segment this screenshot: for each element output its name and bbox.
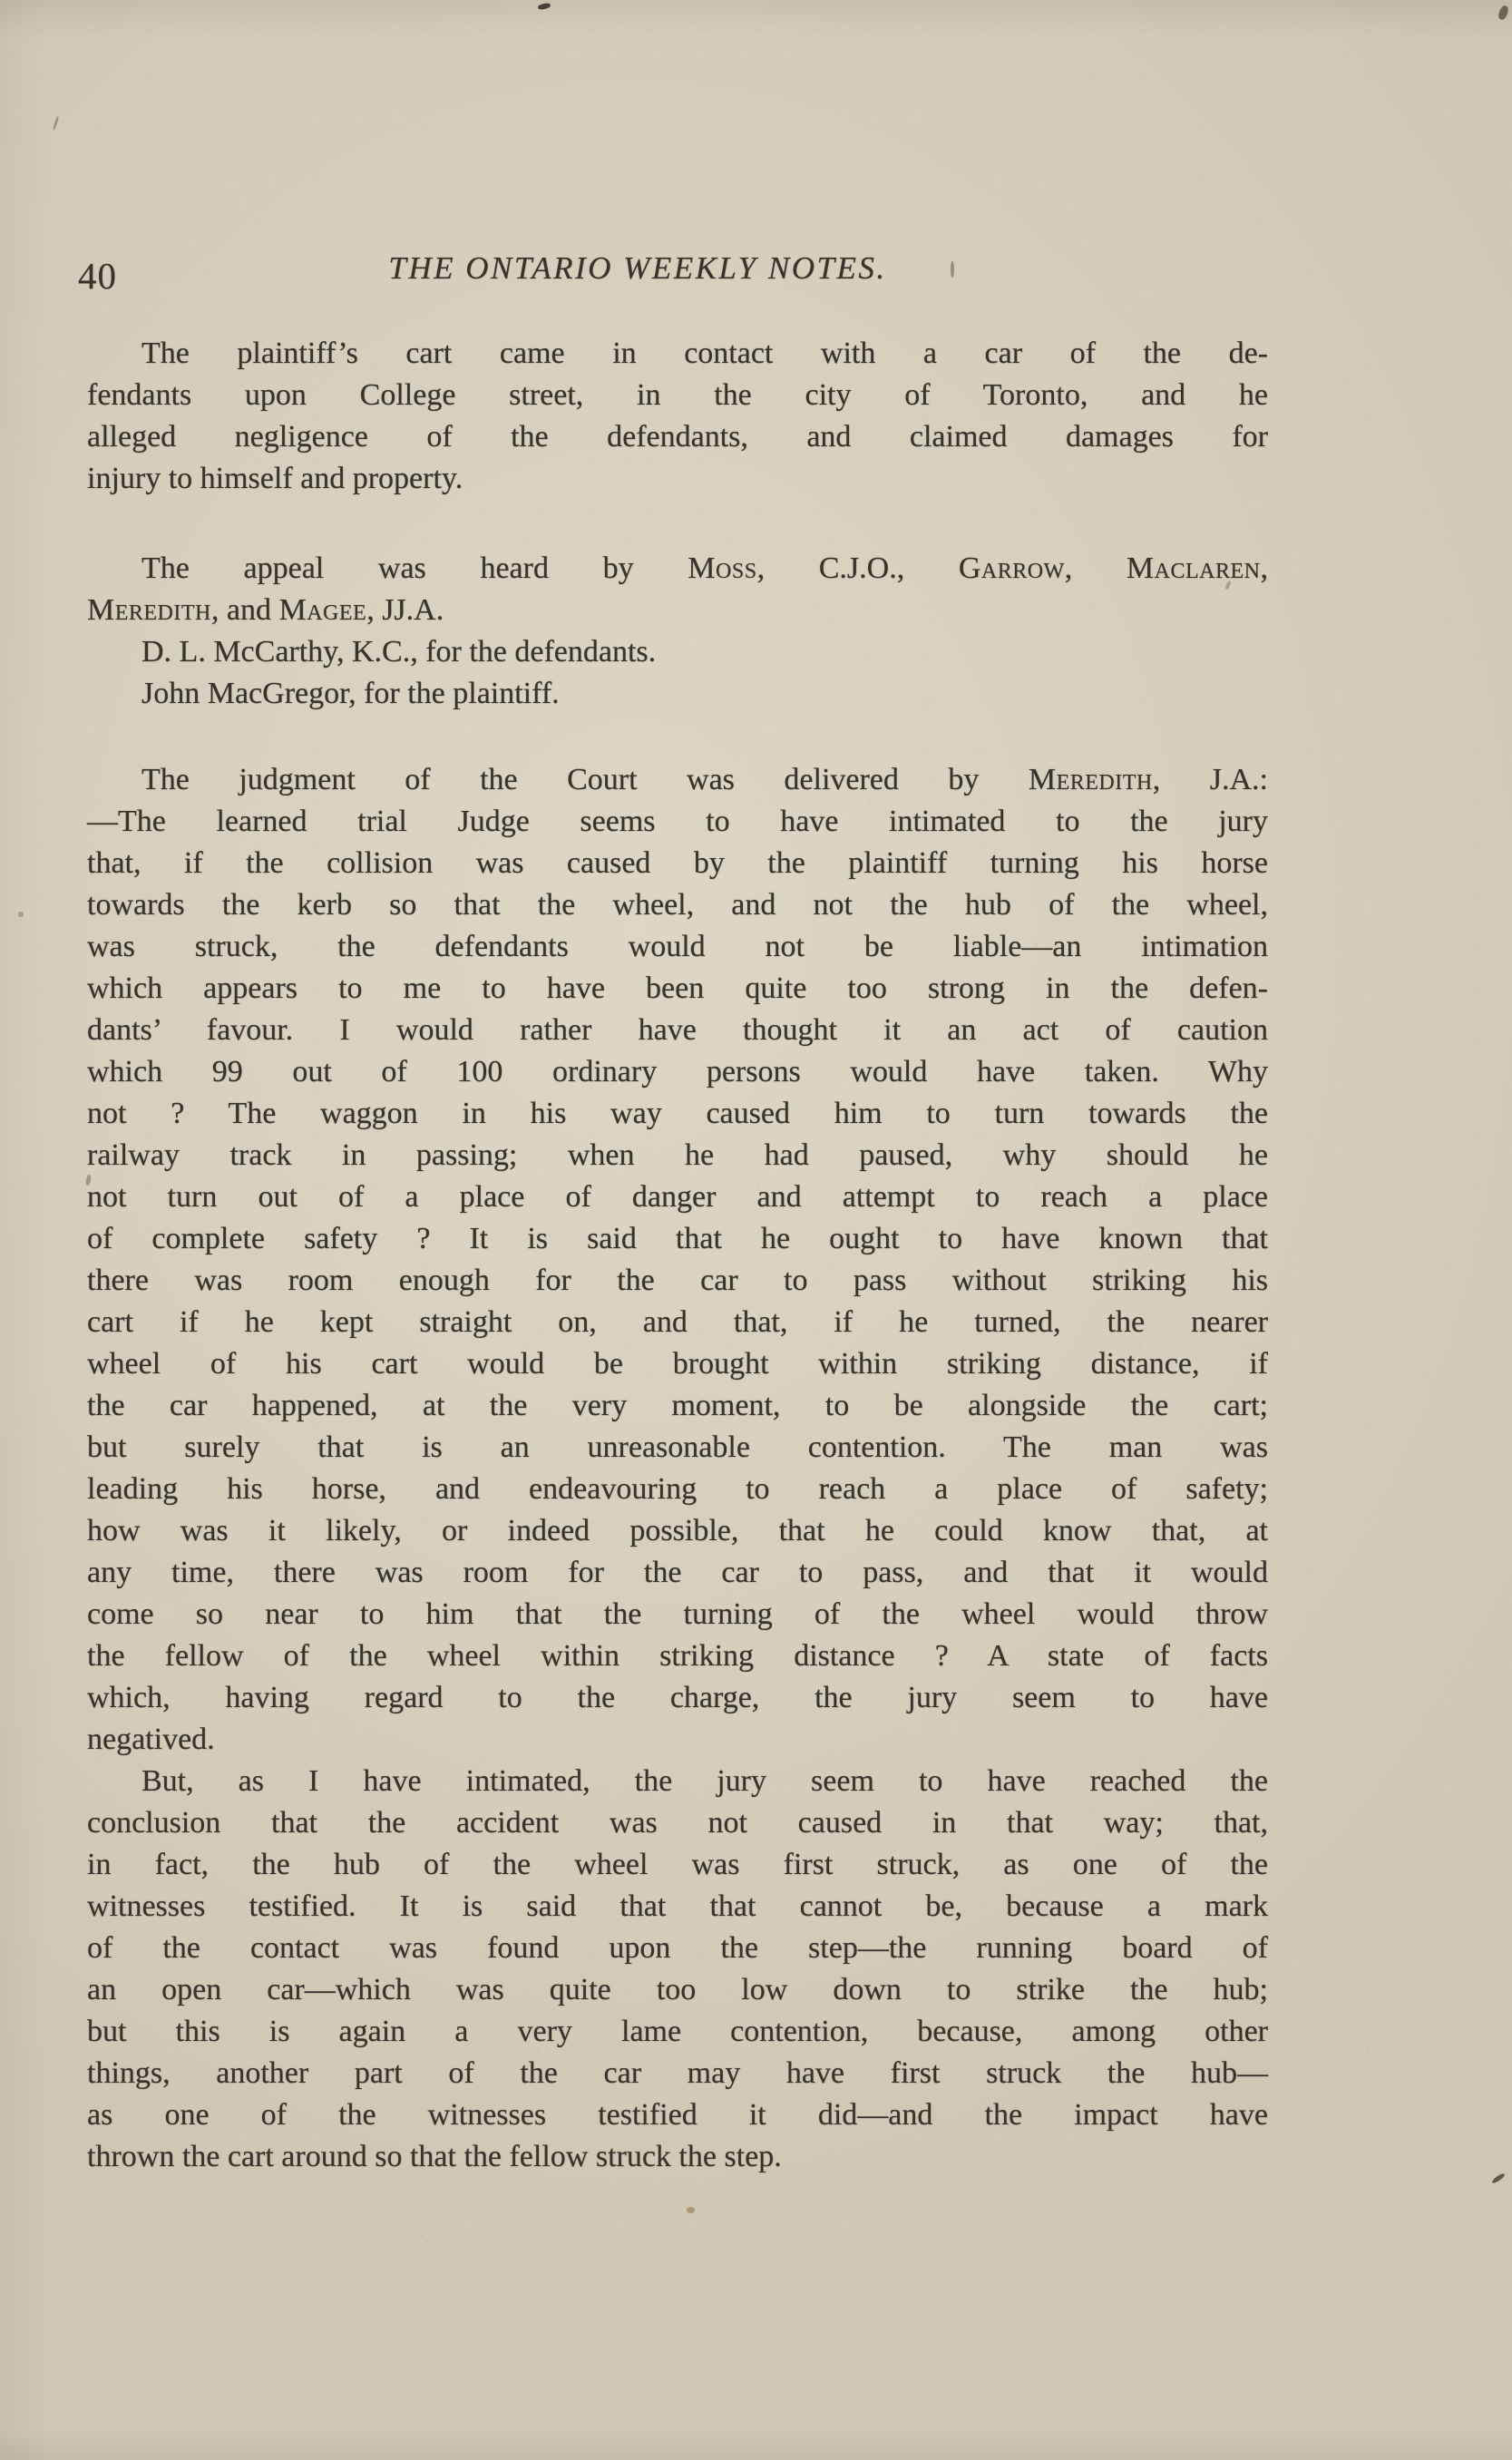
text-line: John MacGregor, for the plaintiff. (87, 673, 1268, 715)
paragraph: D. L. McCarthy, K.C., for the defendants… (87, 631, 1268, 673)
text-segment: John MacGregor, for the plaintiff. (141, 677, 560, 710)
text-segment: negatived. (87, 1723, 215, 1756)
small-caps-name: Meredith (87, 593, 211, 627)
text-segment: witnesses testified. It is said that tha… (87, 1889, 1268, 1923)
text-line: was struck, the defendants would not be … (87, 926, 1268, 968)
text-segment: conclusion that the accident was not cau… (87, 1806, 1268, 1840)
text-line: The plaintiff’s cart came in contact wit… (87, 333, 1268, 375)
text-line: that, if the collision was caused by the… (87, 843, 1268, 884)
text-line: of the contact was found upon the step—t… (87, 1928, 1268, 1969)
text-segment: that, if the collision was caused by the… (87, 846, 1268, 880)
text-line: how was it likely, or indeed possible, t… (87, 1510, 1268, 1552)
text-line: come so near to him that the turning of … (87, 1594, 1268, 1635)
text-line: D. L. McCarthy, K.C., for the defendants… (87, 631, 1268, 673)
text-segment: alleged negligence of the defendants, an… (87, 420, 1268, 454)
paragraph: The plaintiff’s cart came in contact wit… (87, 333, 1268, 500)
text-segment: any time, there was room for the car to … (87, 1556, 1268, 1589)
paper-speck (687, 2207, 695, 2213)
text-line: leading his horse, and endeavouring to r… (87, 1469, 1268, 1510)
text-line: witnesses testified. It is said that tha… (87, 1886, 1268, 1928)
paragraph: The judgment of the Court was delivered … (87, 759, 1268, 1761)
text-line: any time, there was room for the car to … (87, 1552, 1268, 1594)
text-segment: , and (211, 593, 279, 627)
small-caps-name: Magee (278, 593, 366, 627)
text-segment: was struck, the defendants would not be … (87, 930, 1268, 963)
small-caps-name: Moss (688, 552, 756, 585)
paper-speck (53, 116, 60, 131)
text-segment: railway track in passing; when he had pa… (87, 1138, 1268, 1172)
text-segment: —The learned trial Judge seems to have i… (87, 805, 1268, 838)
text-line: the car happened, at the very moment, to… (87, 1385, 1268, 1427)
text-segment: things, another part of the car may have… (87, 2056, 1268, 2090)
text-segment: leading his horse, and endeavouring to r… (87, 1472, 1268, 1506)
paper-speck (1497, 5, 1510, 21)
text-line: in fact, the hub of the wheel was first … (87, 1844, 1268, 1886)
text-line: which appears to me to have been quite t… (87, 968, 1268, 1010)
text-segment: thrown the cart around so that the fello… (87, 2140, 782, 2173)
text-segment: The judgment of the Court was delivered … (141, 763, 1029, 796)
running-title: THE ONTARIO WEEKLY NOTES. (83, 252, 1192, 284)
text-segment: , (1065, 552, 1127, 585)
text-line: The judgment of the Court was delivered … (87, 759, 1268, 801)
paragraph: The appeal was heard by Moss, C.J.O., Ga… (87, 548, 1268, 631)
paragraph: But, as I have intimated, the jury seem … (87, 1761, 1268, 2178)
text-segment: The plaintiff’s cart came in contact wit… (141, 337, 1268, 370)
text-segment: an open car—which was quite too low down… (87, 1973, 1268, 2006)
text-line: the fellow of the wheel within striking … (87, 1635, 1268, 1677)
text-segment: towards the kerb so that the wheel, and … (87, 888, 1268, 922)
text-line: dants’ favour. I would rather have thoug… (87, 1010, 1268, 1051)
text-segment: not turn out of a place of danger and at… (87, 1180, 1268, 1214)
text-segment: , C.J.O., (757, 552, 959, 585)
text-segment: as one of the witnesses testified it did… (87, 2098, 1268, 2132)
text-line: injury to himself and property. (87, 458, 1268, 500)
paragraph: John MacGregor, for the plaintiff. (87, 673, 1268, 715)
text-segment: which appears to me to have been quite t… (87, 971, 1268, 1005)
text-segment: how was it likely, or indeed possible, t… (87, 1514, 1268, 1547)
text-segment: which 99 out of 100 ordinary persons wou… (87, 1055, 1268, 1088)
text-line: as one of the witnesses testified it did… (87, 2094, 1268, 2136)
text-line: an open car—which was quite too low down… (87, 1969, 1268, 2011)
text-line: towards the kerb so that the wheel, and … (87, 884, 1268, 926)
text-segment: of complete safety ? It is said that he … (87, 1222, 1268, 1255)
text-segment: which, having regard to the charge, the … (87, 1681, 1268, 1714)
text-segment: , J.A.: (1153, 763, 1268, 796)
text-segment: The appeal was heard by (141, 552, 688, 585)
text-segment: , (1261, 552, 1269, 585)
page-body: The plaintiff’s cart came in contact wit… (87, 333, 1268, 2178)
text-segment: in fact, the hub of the wheel was first … (87, 1848, 1268, 1881)
text-line: but surely that is an unreasonable conte… (87, 1427, 1268, 1469)
text-line: But, as I have intimated, the jury seem … (87, 1761, 1268, 1802)
text-line: conclusion that the accident was not cau… (87, 1802, 1268, 1844)
paper-speck (1491, 2172, 1506, 2184)
text-segment: the fellow of the wheel within striking … (87, 1639, 1268, 1673)
text-segment: but surely that is an unreasonable conte… (87, 1430, 1268, 1464)
text-line: not turn out of a place of danger and at… (87, 1176, 1268, 1218)
text-segment: of the contact was found upon the step—t… (87, 1931, 1268, 1965)
small-caps-name: Maclaren (1127, 552, 1261, 585)
text-segment: the car happened, at the very moment, to… (87, 1389, 1268, 1422)
text-line: things, another part of the car may have… (87, 2053, 1268, 2094)
text-segment: come so near to him that the turning of … (87, 1597, 1268, 1631)
text-line: Meredith, and Magee, JJ.A. (87, 590, 1268, 631)
text-segment: cart if he kept straight on, and that, i… (87, 1305, 1268, 1339)
text-line: The appeal was heard by Moss, C.J.O., Ga… (87, 548, 1268, 590)
scanned-book-page: 40 THE ONTARIO WEEKLY NOTES. The plainti… (0, 0, 1512, 2460)
text-line: alleged negligence of the defendants, an… (87, 416, 1268, 458)
text-segment: wheel of his cart would be brought withi… (87, 1347, 1268, 1381)
paper-speck (538, 3, 551, 11)
text-segment: D. L. McCarthy, K.C., for the defendants… (141, 635, 656, 669)
text-line: not ? The waggon in his way caused him t… (87, 1093, 1268, 1135)
text-line: which 99 out of 100 ordinary persons wou… (87, 1051, 1268, 1093)
small-caps-name: Garrow (959, 552, 1065, 585)
small-caps-name: Meredith (1029, 763, 1153, 796)
text-segment: there was room enough for the car to pas… (87, 1264, 1268, 1297)
text-segment: fendants upon College street, in the cit… (87, 378, 1268, 412)
text-line: there was room enough for the car to pas… (87, 1260, 1268, 1302)
text-line: but this is again a very lame contention… (87, 2011, 1268, 2053)
text-line: —The learned trial Judge seems to have i… (87, 801, 1268, 843)
text-segment: not ? The waggon in his way caused him t… (87, 1097, 1268, 1130)
text-segment: , JJ.A. (366, 593, 444, 627)
text-line: railway track in passing; when he had pa… (87, 1135, 1268, 1176)
text-line: fendants upon College street, in the cit… (87, 375, 1268, 416)
paper-speck (18, 912, 24, 917)
text-segment: But, as I have intimated, the jury seem … (141, 1764, 1268, 1798)
text-line: wheel of his cart would be brought withi… (87, 1343, 1268, 1385)
text-line: cart if he kept straight on, and that, i… (87, 1302, 1268, 1343)
text-segment: injury to himself and property. (87, 462, 463, 495)
text-line: negatived. (87, 1719, 1268, 1761)
text-segment: dants’ favour. I would rather have thoug… (87, 1013, 1268, 1047)
text-segment: but this is again a very lame contention… (87, 2015, 1268, 2048)
text-line: of complete safety ? It is said that he … (87, 1218, 1268, 1260)
text-line: which, having regard to the charge, the … (87, 1677, 1268, 1719)
text-line: thrown the cart around so that the fello… (87, 2136, 1268, 2178)
